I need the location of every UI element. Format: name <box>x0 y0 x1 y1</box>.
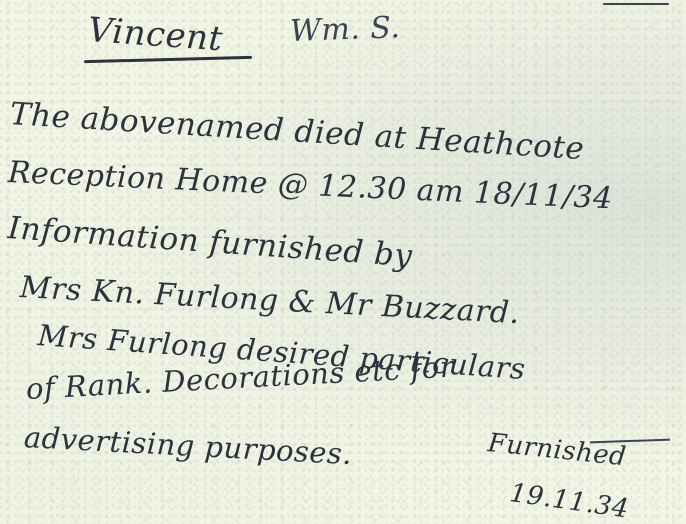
body-line-1: The abovenamed died at Heathcote <box>9 96 585 167</box>
surname-underline <box>84 56 252 63</box>
annotation-date: 19.11.34 <box>508 478 631 524</box>
given-name: Wm. S. <box>289 10 401 49</box>
body-line-3: Information furnished by <box>7 210 414 274</box>
surname-heading: Vincent <box>87 10 224 59</box>
furnished-annotation: Furnished <box>486 428 627 472</box>
body-line-2: Reception Home @ 12.30 am 18/11/34 <box>7 155 613 216</box>
margin-mark <box>603 3 669 5</box>
body-line-7: advertising purposes. <box>23 420 353 471</box>
document-page: Vincent Wm. S. The abovenamed died at He… <box>0 0 686 524</box>
